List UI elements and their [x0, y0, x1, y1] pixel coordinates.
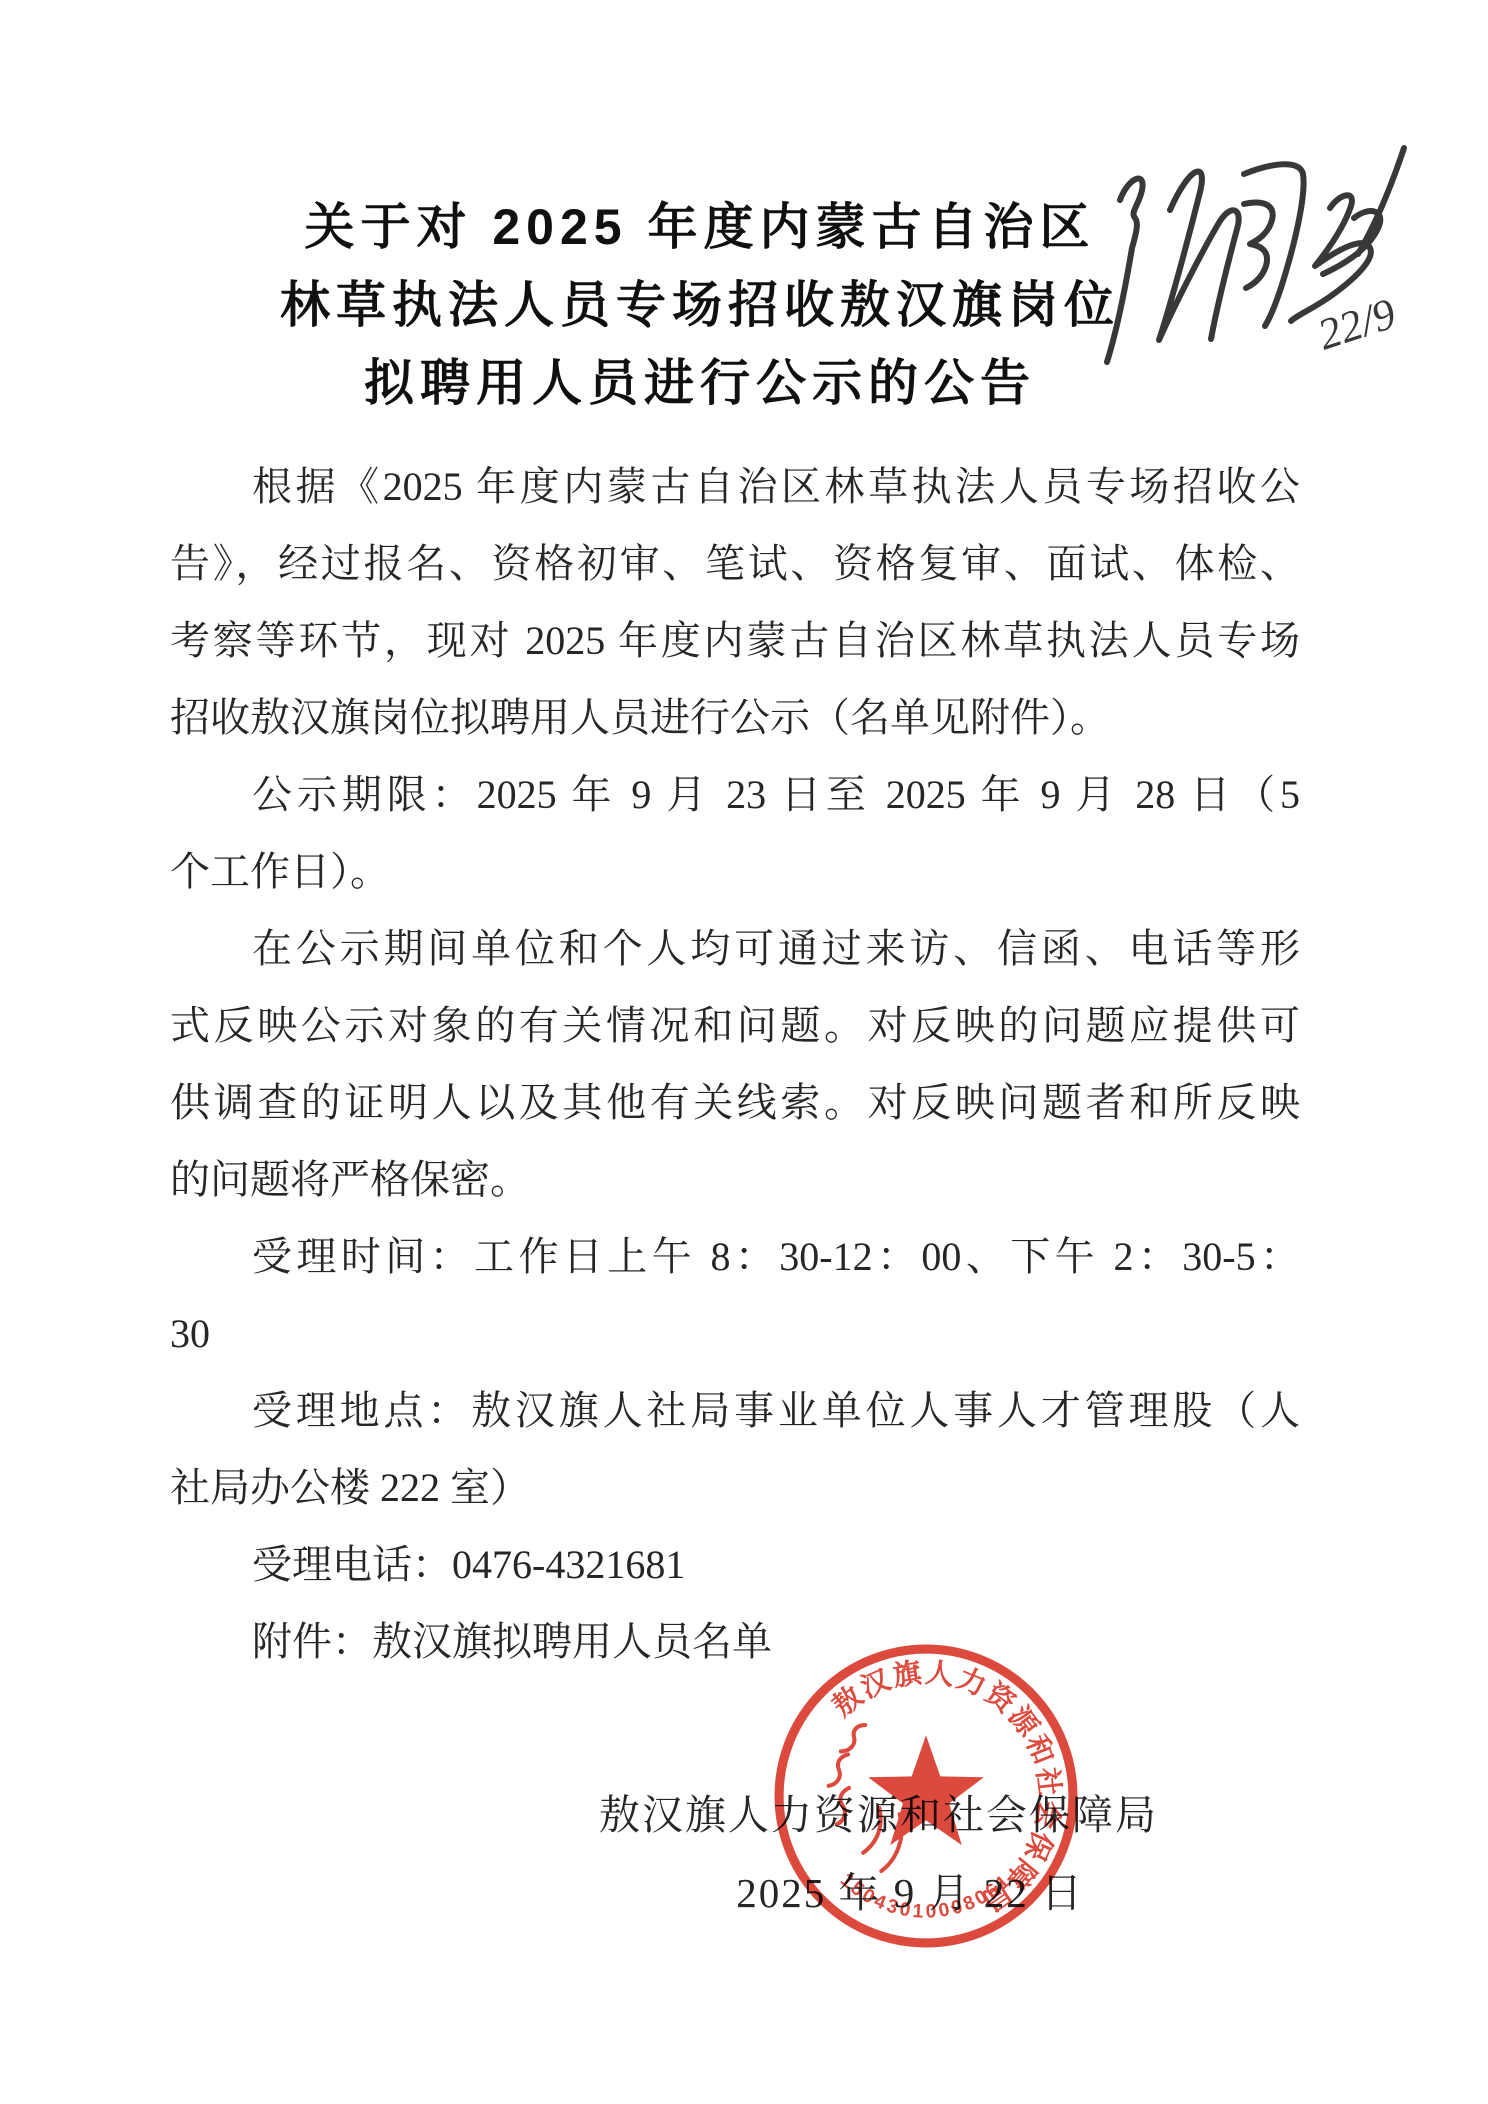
title-line-2: 林草执法人员专场招收敖汉旗岗位: [170, 266, 1230, 344]
body-line: 告》，经过报名、资格初审、笔试、资格复审、面试、体检、: [170, 525, 1300, 602]
body-line: 受理电话：0476-4321681: [170, 1526, 1300, 1603]
document-page: 22/9 关于对 2025 年度内蒙古自治区 林草执法人员专场招收敖汉旗岗位 拟…: [0, 0, 1488, 2104]
body-line: 个工作日）。: [170, 833, 1300, 910]
document-body: 根据《2025 年度内蒙古自治区林草执法人员专场招收公 告》，经过报名、资格初审…: [170, 448, 1300, 1680]
body-line: 式反映公示对象的有关情况和问题。对反映的问题应提供可: [170, 987, 1300, 1064]
body-line: 附件：敖汉旗拟聘用人员名单: [170, 1603, 1300, 1680]
seal-star: [868, 1735, 984, 1845]
body-line: 社局办公楼 222 室）: [170, 1449, 1300, 1526]
official-seal: 敖汉旗人力资源和社会保障局 15043010008061: [774, 1644, 1078, 1948]
body-line: 的问题将严格保密。: [170, 1141, 1300, 1218]
title-line-1: 关于对 2025 年度内蒙古自治区: [170, 188, 1230, 266]
seal-code: 15043010008061: [836, 1870, 1016, 1923]
seal-mongolian-script: [829, 1725, 902, 1871]
title-line-3: 拟聘用人员进行公示的公告: [170, 344, 1230, 422]
body-line: 根据《2025 年度内蒙古自治区林草执法人员专场招收公: [170, 448, 1300, 525]
body-line: 受理时间：工作日上午 8：30-12：00、下午 2：30-5：: [170, 1218, 1300, 1295]
body-line: 供调查的证明人以及其他有关线索。对反映问题者和所反映: [170, 1064, 1300, 1141]
document-title: 关于对 2025 年度内蒙古自治区 林草执法人员专场招收敖汉旗岗位 拟聘用人员进…: [170, 188, 1230, 422]
body-line: 考察等环节，现对 2025 年度内蒙古自治区林草执法人员专场: [170, 602, 1300, 679]
body-line: 30: [170, 1295, 1300, 1372]
body-line: 公示期限：2025 年 9 月 23 日至 2025 年 9 月 28 日（5: [170, 756, 1300, 833]
body-line: 在公示期间单位和个人均可通过来访、信函、电话等形: [170, 910, 1300, 987]
body-line: 受理地点：敖汉旗人社局事业单位人事人才管理股（人: [170, 1372, 1300, 1449]
body-line: 招收敖汉旗岗位拟聘用人员进行公示（名单见附件）。: [170, 679, 1300, 756]
